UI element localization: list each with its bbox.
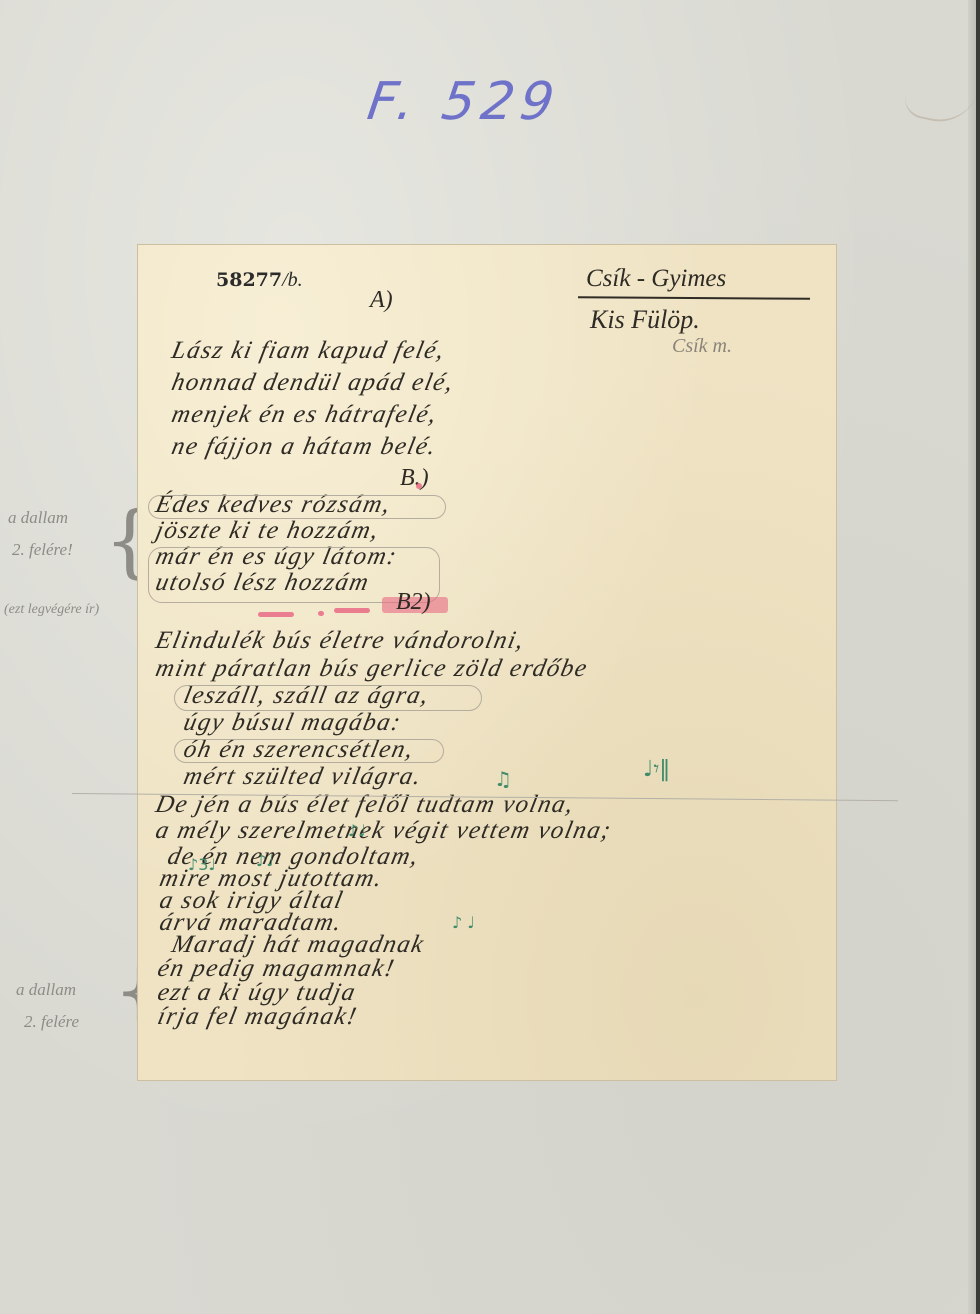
catalog-number: F. 529 — [364, 72, 564, 132]
pencil-loop — [148, 495, 446, 519]
pencil-loop — [174, 685, 482, 711]
collection-number-suffix: /b. — [282, 269, 303, 291]
margin-note-1-line-1: a dallam — [8, 508, 68, 528]
music-note-icon: ♩𝄾‖ — [643, 757, 670, 782]
place-heading: Csík - Gyimes — [586, 265, 726, 293]
lyric-line: mint páratlan bús gerlice zöld erdőbe — [153, 655, 591, 683]
music-note-icon: ♫ — [494, 767, 512, 791]
board-edge — [976, 0, 980, 1314]
margin-note-2-line-2: 2. felére — [24, 1012, 79, 1032]
place-underline — [578, 296, 810, 300]
lyric-line: jöszte ki te hozzám, — [153, 517, 382, 545]
margin-note-1-line-2: 2. felére! — [12, 540, 73, 560]
red-marker-dash — [258, 612, 294, 617]
lyric-line: menjek én es hátrafelé, — [169, 401, 440, 429]
section-label-b2: B2) — [396, 589, 431, 616]
lyric-line: úgy búsul magába: — [181, 709, 404, 737]
margin-note-1-extra: (ezt legvégére ír) — [4, 602, 99, 618]
lyric-line: a mély szerelmetnek végit vettem volna; — [153, 817, 614, 845]
board-edge-shadow — [968, 0, 976, 1314]
lyric-line: írja fel magának! — [155, 1003, 360, 1031]
manuscript-sheet: 58277/b. Csík - Gyimes Kis Fülöp. Csík m… — [138, 245, 836, 1080]
music-note-icon: ♪ ♩ — [452, 913, 475, 932]
music-note-icon: ♪♩ — [256, 851, 274, 870]
collection-number-value: 58277 — [216, 269, 282, 291]
red-marker-dash — [334, 608, 370, 613]
music-note-icon: ♪♩ — [348, 821, 366, 840]
pencil-note: Csík m. — [672, 335, 732, 358]
margin-note-2-line-1: a dallam — [16, 980, 76, 1000]
pencil-loop — [174, 739, 444, 763]
red-mark — [416, 483, 422, 489]
section-label-a: A) — [370, 287, 393, 314]
collection-number: 58277/b. — [216, 269, 303, 292]
lyric-line: honnad dendül apád elé, — [169, 369, 457, 397]
lyric-line: Lász ki fiam kapud felé, — [169, 337, 448, 365]
lyric-line: Elindulék bús életre vándorolni, — [153, 627, 527, 655]
singer-name: Kis Fülöp. — [590, 305, 700, 335]
red-marker-dot — [318, 611, 324, 616]
music-note-icon: ♪3♩ — [188, 855, 216, 874]
lyric-line: mért szülted világra. — [181, 763, 425, 791]
lyric-line: ne fájjon a hátam belé. — [169, 433, 439, 461]
section-label-b: B.) — [400, 465, 429, 492]
